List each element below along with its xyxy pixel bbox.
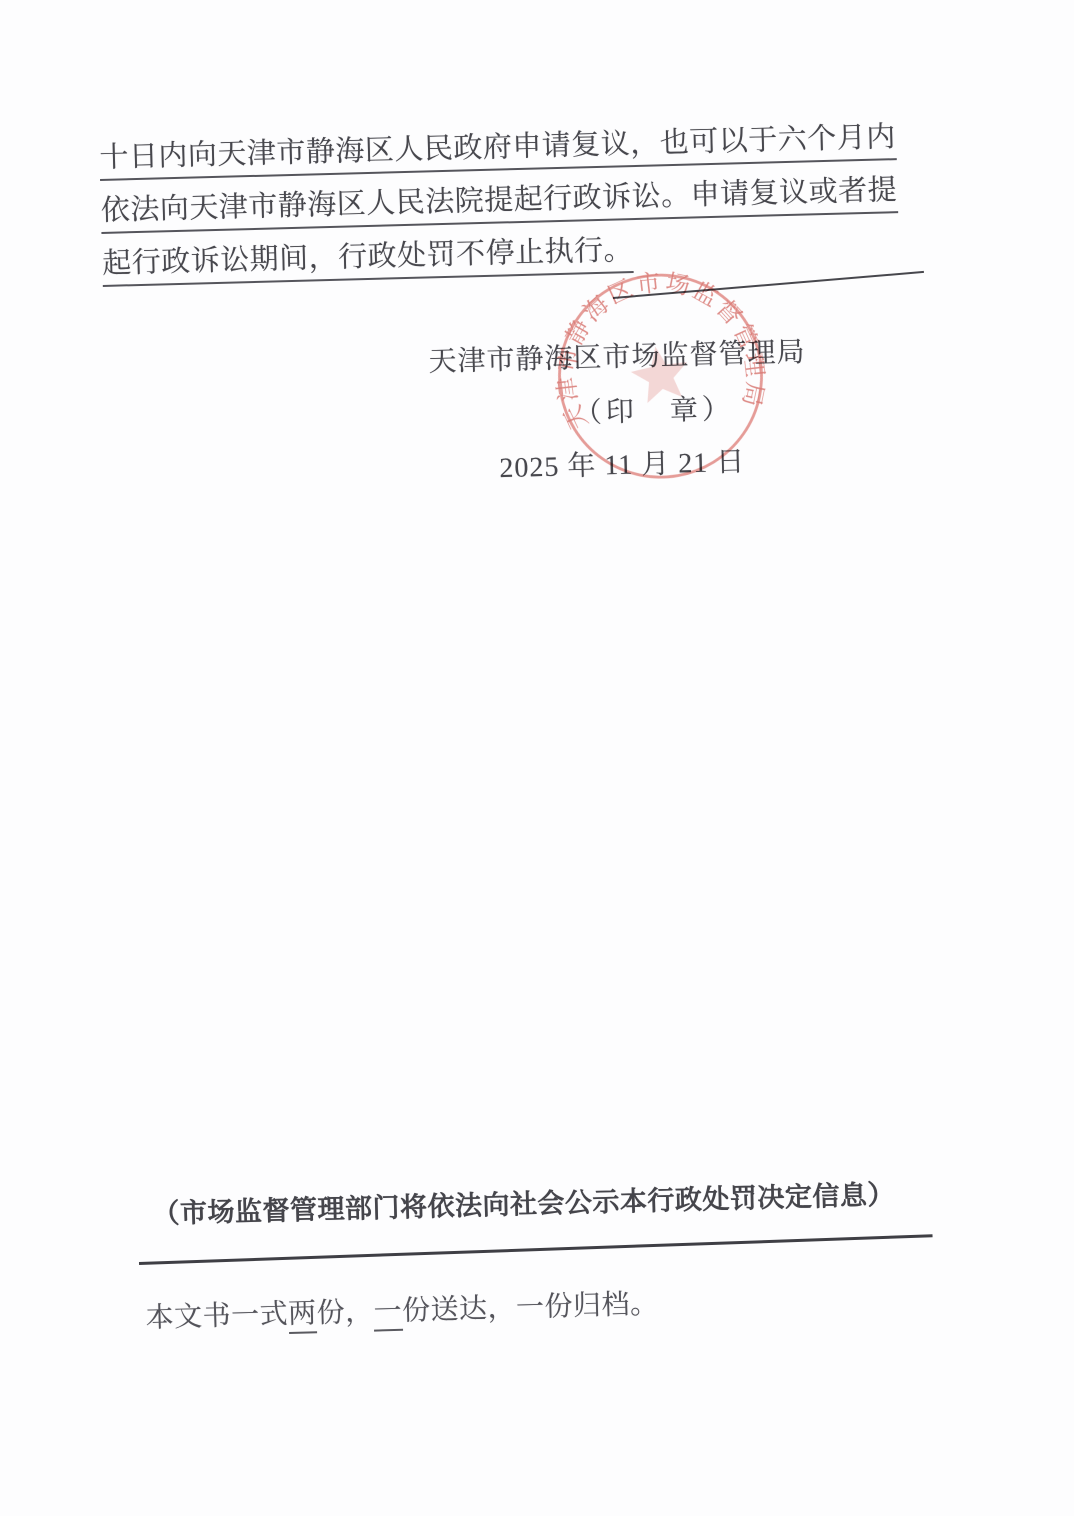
scanned-penalty-decision-page: 十日内向天津市静海区人民政府申请复议，也可以于六个月内 依法向天津市静海区人民法… <box>0 0 1074 1516</box>
paragraph-line-text: 十日内向天津市静海区人民政府申请复议，也可以于六个月内 <box>99 119 896 181</box>
publicity-note: （市场监督管理部门将依法向社会公示本行政处罚决定信息） <box>152 1173 895 1231</box>
distribution-underlined-count: 一 <box>373 1296 402 1332</box>
body-paragraph: 十日内向天津市静海区人民政府申请复议，也可以于六个月内 依法向天津市静海区人民法… <box>99 119 918 299</box>
distribution-text: 份， <box>316 1297 374 1330</box>
distribution-underlined-count: 两 <box>288 1298 317 1334</box>
stamp-center-star <box>627 342 693 405</box>
official-seal-stamp: 天津市静海区市场监督管理局 <box>530 242 792 504</box>
footer-divider-line <box>139 1234 933 1264</box>
distribution-note: 本文书一式两份，一份送达，一份归档。 <box>145 1282 659 1336</box>
distribution-text: 份送达，一份归档。 <box>402 1289 659 1327</box>
distribution-text: 本文书一式 <box>145 1299 288 1334</box>
